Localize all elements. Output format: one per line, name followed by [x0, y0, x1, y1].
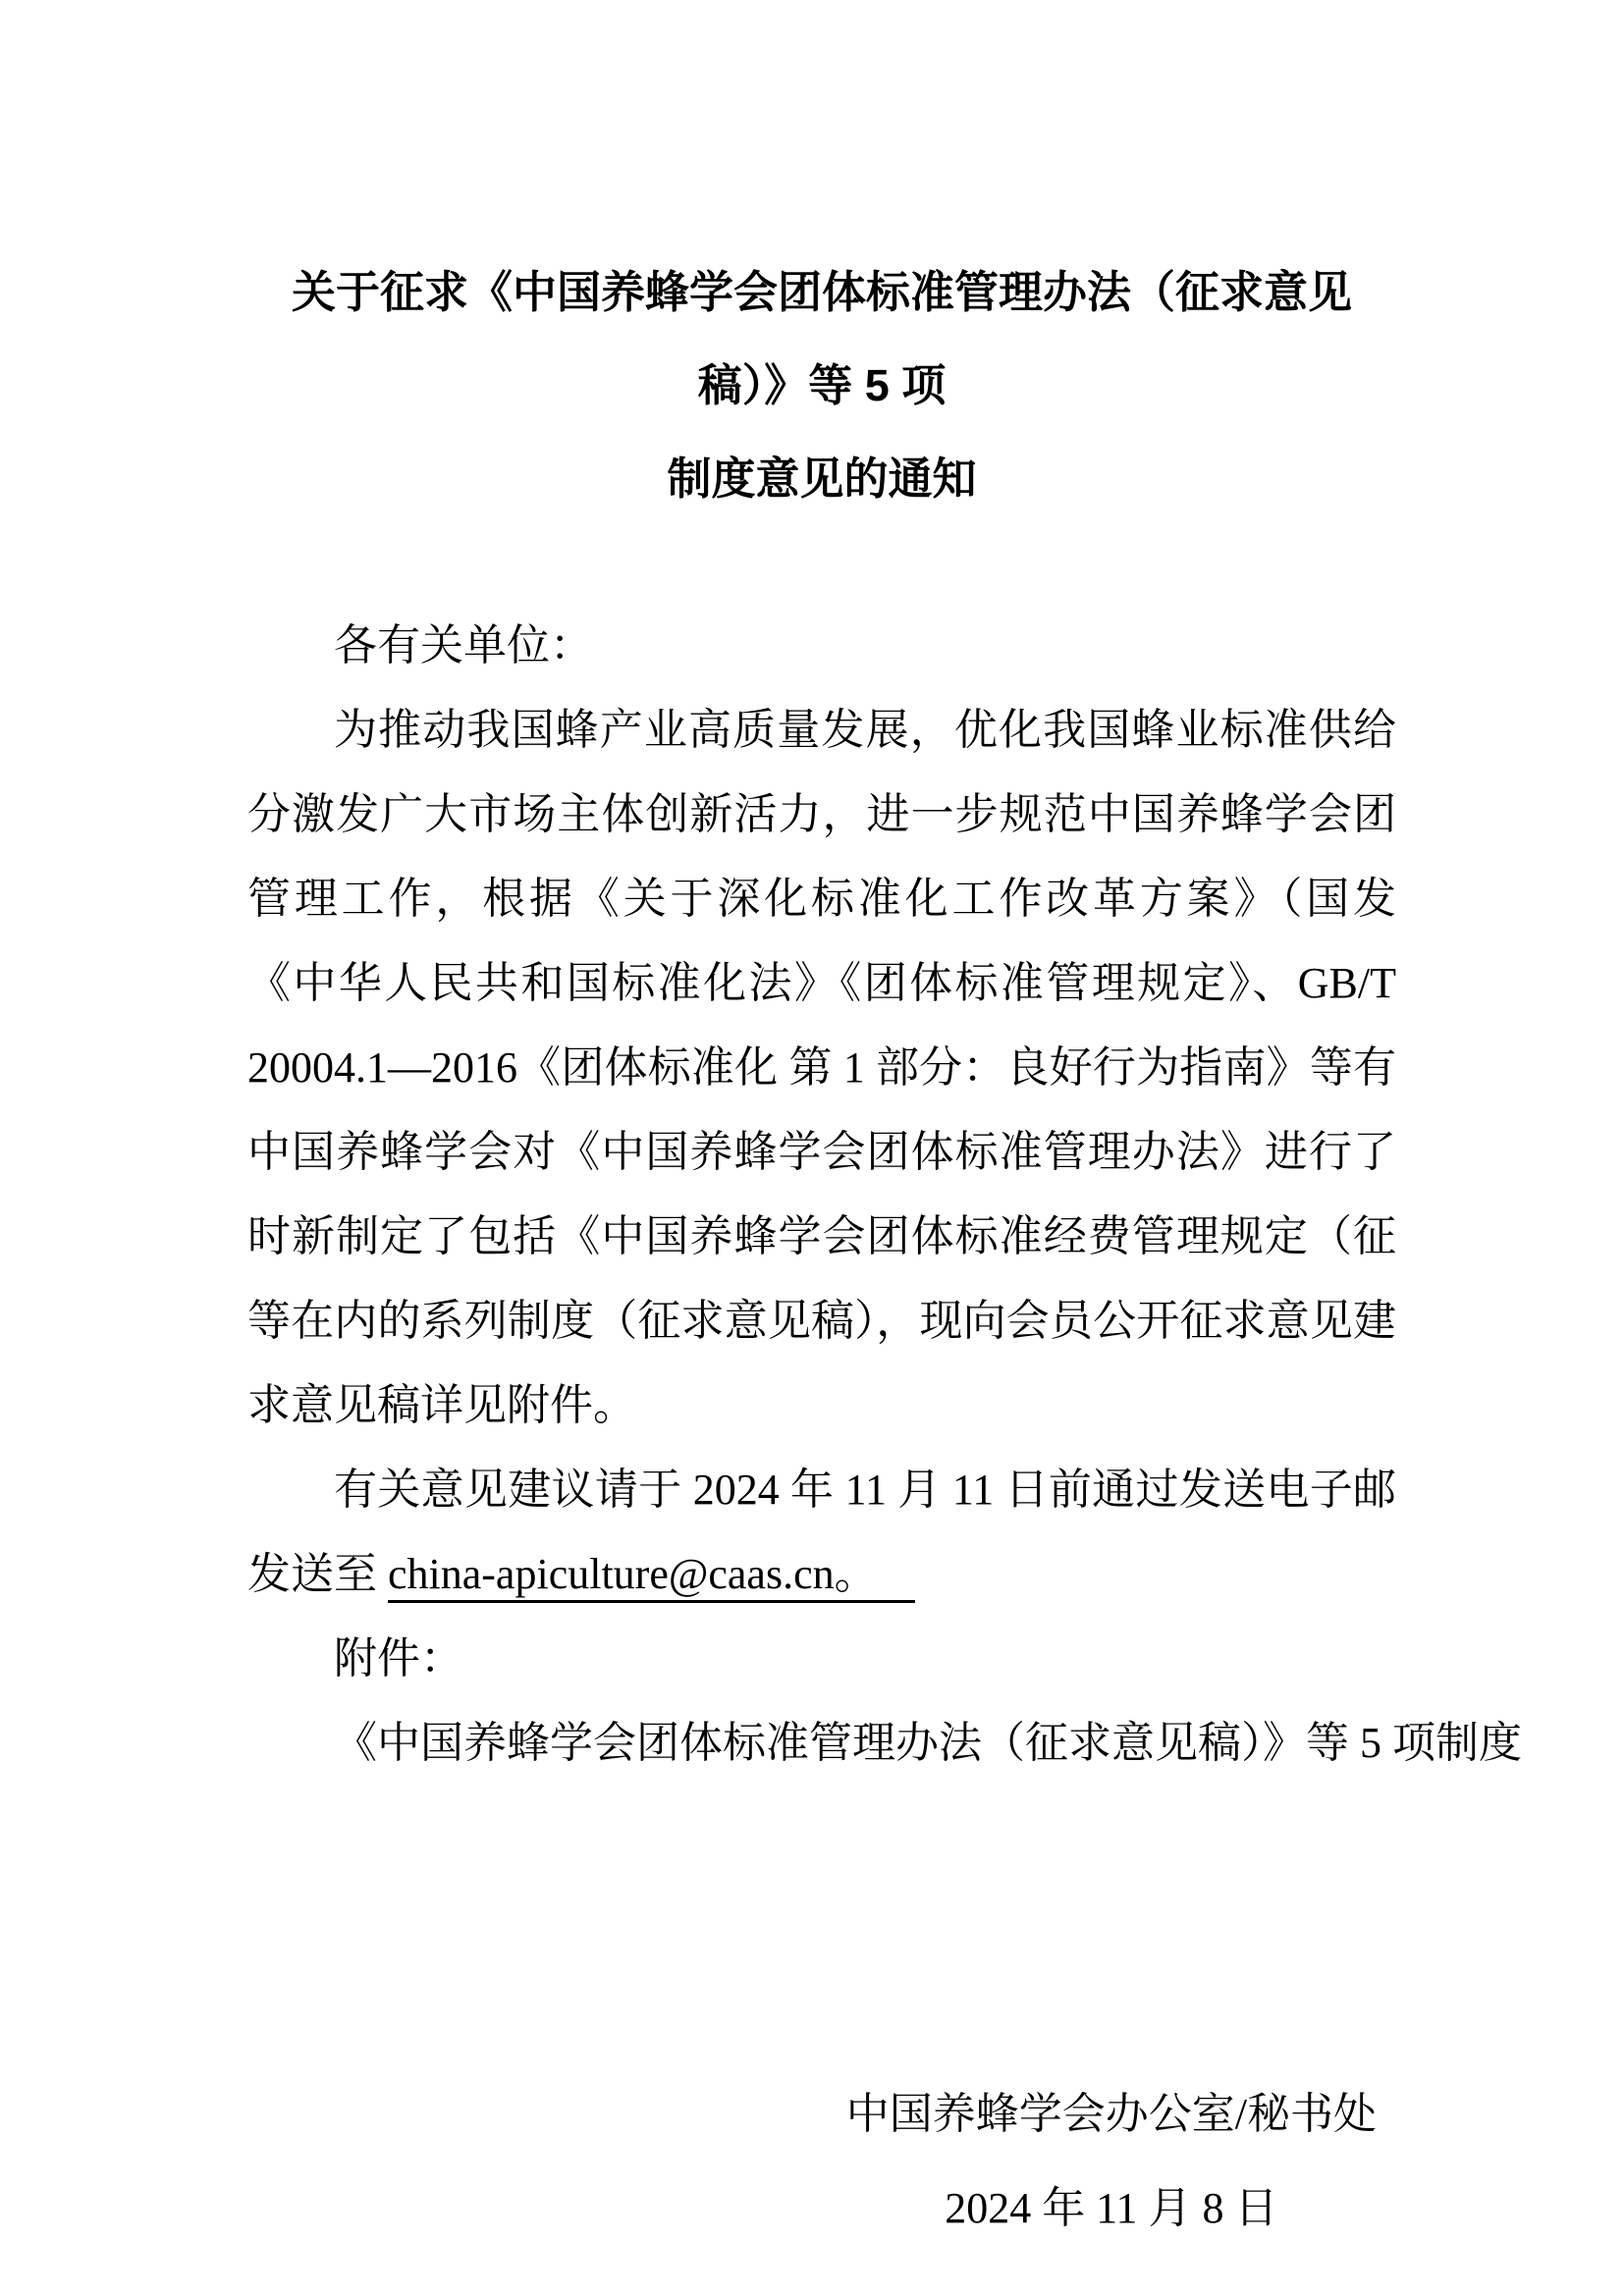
para1-line-2: 分激发广大市场主体创新活力，进一步规范中国养蜂学会团体标准的: [247, 773, 1396, 857]
para1-line-7: 时新制定了包括《中国养蜂学会团体标准经费管理规定（征求意见稿）》: [247, 1195, 1396, 1279]
attachment-label: 附件：: [247, 1617, 1396, 1701]
document-page: 关于征求《中国养蜂学会团体标准管理办法（征求意见稿）》等 5 项 制度意见的通知…: [0, 0, 1624, 2296]
document-title: 关于征求《中国养蜂学会团体标准管理办法（征求意见稿）》等 5 项 制度意见的通知: [247, 245, 1396, 525]
title-line-1: 关于征求《中国养蜂学会团体标准管理办法（征求意见稿）》等 5 项: [247, 245, 1396, 432]
para1-line-5: 20004.1—2016《团体标准化 第 1 部分：良好行为指南》等有关要求，: [247, 1026, 1396, 1110]
para1-line-4: 《中华人民共和国标准化法》《团体标准管理规定》、GB/T: [247, 941, 1396, 1026]
para1-line-3: 管理工作，根据《关于深化标准化工作改革方案》（国发〔2015〕13 号）、: [247, 857, 1396, 941]
para1-line-6: 中国养蜂学会对《中国养蜂学会团体标准管理办法》进行了修订，同: [247, 1110, 1396, 1195]
email-link[interactable]: china-apiculture@caas.cn。: [388, 1550, 915, 1603]
signature-date: 2024 年 11 月 8 日: [846, 2166, 1377, 2251]
title-line-2: 制度意见的通知: [247, 432, 1396, 525]
signature-org: 中国养蜂学会办公室/秘书处: [846, 2072, 1377, 2157]
signature-block: 中国养蜂学会办公室/秘书处 2024 年 11 月 8 日: [846, 2072, 1377, 2251]
para1-line-9: 求意见稿详见附件。: [247, 1363, 1396, 1448]
salutation: 各有关单位：: [247, 604, 1396, 688]
attachment-item: 《中国养蜂学会团体标准管理办法（征求意见稿）》等 5 项制度: [247, 1701, 1396, 1786]
para1-line-1: 为推动我国蜂产业高质量发展，优化我国蜂业标准供给结构，充: [247, 688, 1396, 773]
para1-line-8: 等在内的系列制度（征求意见稿），现向会员公开征求意见建议，征: [247, 1279, 1396, 1363]
para2-line-1: 有关意见建议请于 2024 年 11 月 11 日前通过发送电子邮件方式: [247, 1448, 1396, 1532]
email-line-prefix: 发送至: [247, 1550, 388, 1598]
document-body: 各有关单位： 为推动我国蜂产业高质量发展，优化我国蜂业标准供给结构，充 分激发广…: [247, 604, 1396, 1786]
para2-line-2: 发送至 china-apiculture@caas.cn。: [247, 1532, 1396, 1617]
